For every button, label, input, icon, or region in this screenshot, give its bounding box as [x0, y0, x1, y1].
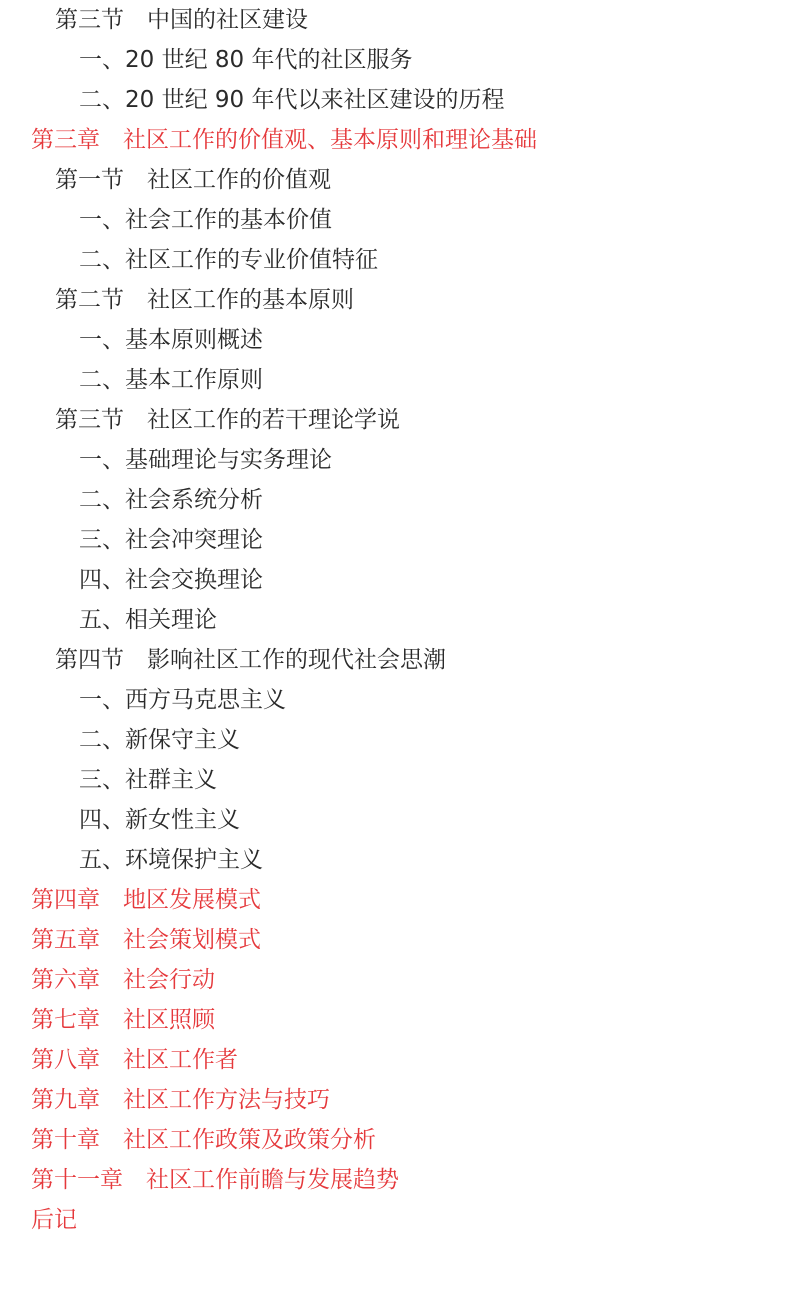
toc-section-link[interactable]: 第三节 中国的社区建设: [0, 0, 537, 40]
toc-item-link[interactable]: 一、社会工作的基本价值: [0, 200, 537, 240]
toc-chapter-link[interactable]: 第七章 社区照顾: [0, 1000, 537, 1040]
toc-chapter-link[interactable]: 第八章 社区工作者: [0, 1040, 537, 1080]
toc-item-link[interactable]: 一、基础理论与实务理论: [0, 440, 537, 480]
toc-chapter-link[interactable]: 第四章 地区发展模式: [0, 880, 537, 920]
table-of-contents: 第三节 中国的社区建设一、20 世纪 80 年代的社区服务二、20 世纪 90 …: [0, 0, 537, 1240]
toc-chapter-link[interactable]: 第五章 社会策划模式: [0, 920, 537, 960]
toc-item-link[interactable]: 四、社会交换理论: [0, 560, 537, 600]
toc-item-link[interactable]: 二、20 世纪 90 年代以来社区建设的历程: [0, 80, 537, 120]
toc-item-link[interactable]: 二、基本工作原则: [0, 360, 537, 400]
toc-item-link[interactable]: 三、社会冲突理论: [0, 520, 537, 560]
toc-item-link[interactable]: 二、社会系统分析: [0, 480, 537, 520]
toc-section-link[interactable]: 第四节 影响社区工作的现代社会思潮: [0, 640, 537, 680]
toc-chapter-link[interactable]: 后记: [0, 1200, 537, 1240]
toc-item-link[interactable]: 一、20 世纪 80 年代的社区服务: [0, 40, 537, 80]
toc-item-link[interactable]: 一、西方马克思主义: [0, 680, 537, 720]
toc-item-link[interactable]: 五、相关理论: [0, 600, 537, 640]
toc-chapter-link[interactable]: 第十章 社区工作政策及政策分析: [0, 1120, 537, 1160]
toc-item-link[interactable]: 五、环境保护主义: [0, 840, 537, 880]
toc-item-link[interactable]: 二、社区工作的专业价值特征: [0, 240, 537, 280]
toc-section-link[interactable]: 第一节 社区工作的价值观: [0, 160, 537, 200]
toc-section-link[interactable]: 第三节 社区工作的若干理论学说: [0, 400, 537, 440]
toc-item-link[interactable]: 三、社群主义: [0, 760, 537, 800]
toc-item-link[interactable]: 二、新保守主义: [0, 720, 537, 760]
toc-item-link[interactable]: 一、基本原则概述: [0, 320, 537, 360]
toc-chapter-link[interactable]: 第九章 社区工作方法与技巧: [0, 1080, 537, 1120]
toc-chapter-link[interactable]: 第三章 社区工作的价值观、基本原则和理论基础: [0, 120, 537, 160]
toc-section-link[interactable]: 第二节 社区工作的基本原则: [0, 280, 537, 320]
toc-chapter-link[interactable]: 第六章 社会行动: [0, 960, 537, 1000]
toc-chapter-link[interactable]: 第十一章 社区工作前瞻与发展趋势: [0, 1160, 537, 1200]
toc-item-link[interactable]: 四、新女性主义: [0, 800, 537, 840]
